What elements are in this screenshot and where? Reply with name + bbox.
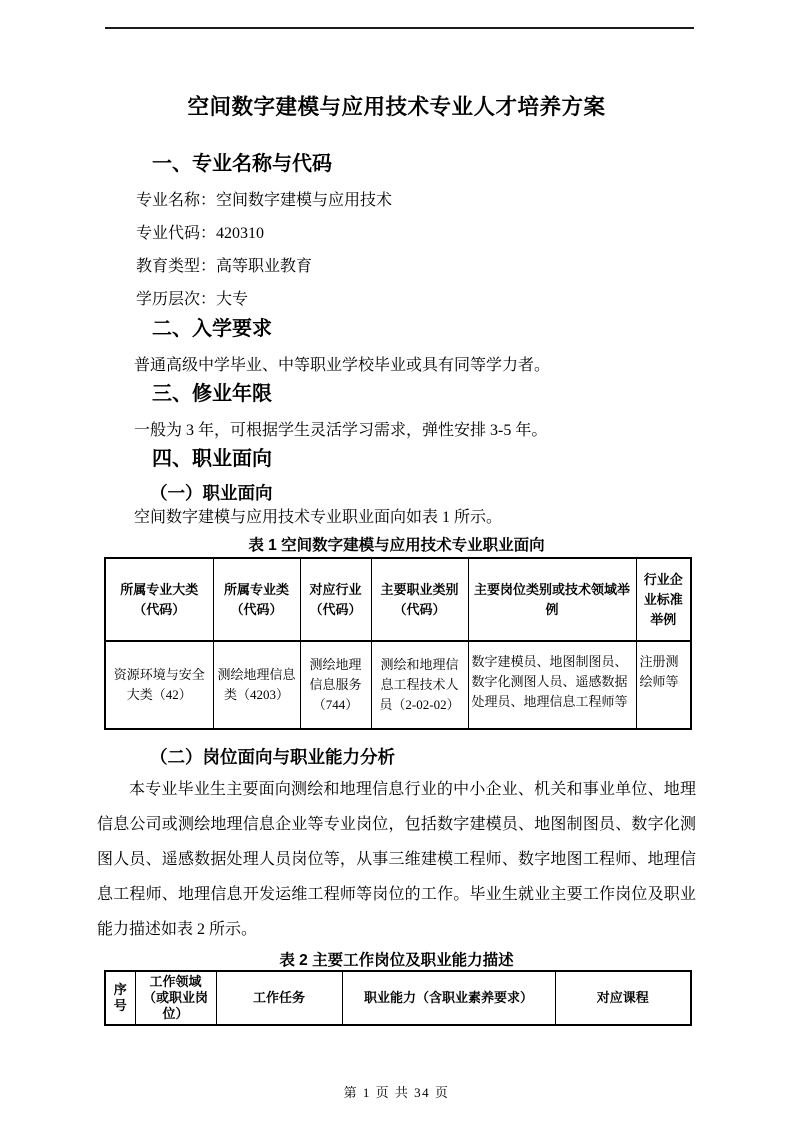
table1-header-cell: 主要岗位类别或技术领域举例 [468,558,636,641]
table1-data-cell: 测绘地理信息服务（744） [300,641,371,729]
table1-data-row: 资源环境与安全大类（42） 测绘地理信息类（4203） 测绘地理信息服务（744… [105,641,691,729]
table2-header-cell: 工作任务 [216,971,342,1025]
paragraph-employment-analysis: 本专业毕业生主要面向测绘和地理信息行业的中小企业、机关和事业单位、地理信息公司或… [97,772,696,947]
table2-caption: 表 2 主要工作岗位及职业能力描述 [97,948,696,970]
major-code-line: 专业代码：420310 [136,220,264,243]
page-footer: 第 1 页 共 34 页 [0,1082,793,1101]
table1-header-row: 所属专业大类（代码） 所属专业类（代码） 对应行业（代码） 主要职业类别（代码）… [105,558,691,641]
table2-header-cell: 工作领域（或职业岗位） [135,971,216,1025]
table1-header-cell: 主要职业类别（代码） [371,558,468,641]
education-type-line: 教育类型：高等职业教育 [136,253,312,276]
heading-career: 四、职业面向 [152,442,272,471]
header-rule [105,27,694,29]
document-page: 空间数字建模与应用技术专业人才培养方案 一、专业名称与代码 专业名称：空间数字建… [0,0,793,1122]
document-title: 空间数字建模与应用技术专业人才培养方案 [97,90,696,121]
table1-header-cell: 所属专业类（代码） [213,558,300,641]
table1-header-cell: 行业企业标准举例 [636,558,691,641]
table2-header-cell: 职业能力（含职业素养要求） [342,971,555,1025]
table1-data-cell: 注册测绘师等 [636,641,691,729]
duration-body: 一般为 3 年，可根据学生灵活学习需求，弹性安排 3-5 年。 [134,417,547,440]
table1-data-cell: 测绘和地理信息工程技术人员（2-02-02） [371,641,468,729]
table1-caption: 表 1 空间数字建模与应用技术专业职业面向 [97,533,696,555]
heading-admission: 二、入学要求 [152,312,272,341]
job-ability-table: 序号 工作领域（或职业岗位） 工作任务 职业能力（含职业素养要求） 对应课程 [104,970,692,1026]
table1-data-cell: 资源环境与安全大类（42） [105,641,213,729]
career-orientation-intro: 空间数字建模与应用技术专业职业面向如表 1 所示。 [134,504,502,527]
table1-data-cell: 数字建模员、地图制图员、数字化测图人员、遥感数据处理员、地理信息工程师等 [468,641,636,729]
table1-header-cell: 对应行业（代码） [300,558,371,641]
heading-major-name-code: 一、专业名称与代码 [152,147,332,176]
education-level-line: 学历层次：大专 [136,286,248,309]
major-name-line: 专业名称：空间数字建模与应用技术 [136,187,392,210]
admission-body: 普通高级中学毕业、中等职业学校毕业或具有同等学力者。 [134,352,550,375]
table1-header-cell: 所属专业大类（代码） [105,558,213,641]
career-orientation-table: 所属专业大类（代码） 所属专业类（代码） 对应行业（代码） 主要职业类别（代码）… [104,557,692,730]
table1-data-cell: 测绘地理信息类（4203） [213,641,300,729]
subheading-job-ability-analysis: （二）岗位面向与职业能力分析 [150,744,395,769]
table2-header-cell: 对应课程 [555,971,691,1025]
table2-header-cell: 序号 [105,971,135,1025]
subheading-career-orientation: （一）职业面向 [150,480,273,505]
table2-header-row: 序号 工作领域（或职业岗位） 工作任务 职业能力（含职业素养要求） 对应课程 [105,971,691,1025]
heading-duration: 三、修业年限 [152,377,272,406]
